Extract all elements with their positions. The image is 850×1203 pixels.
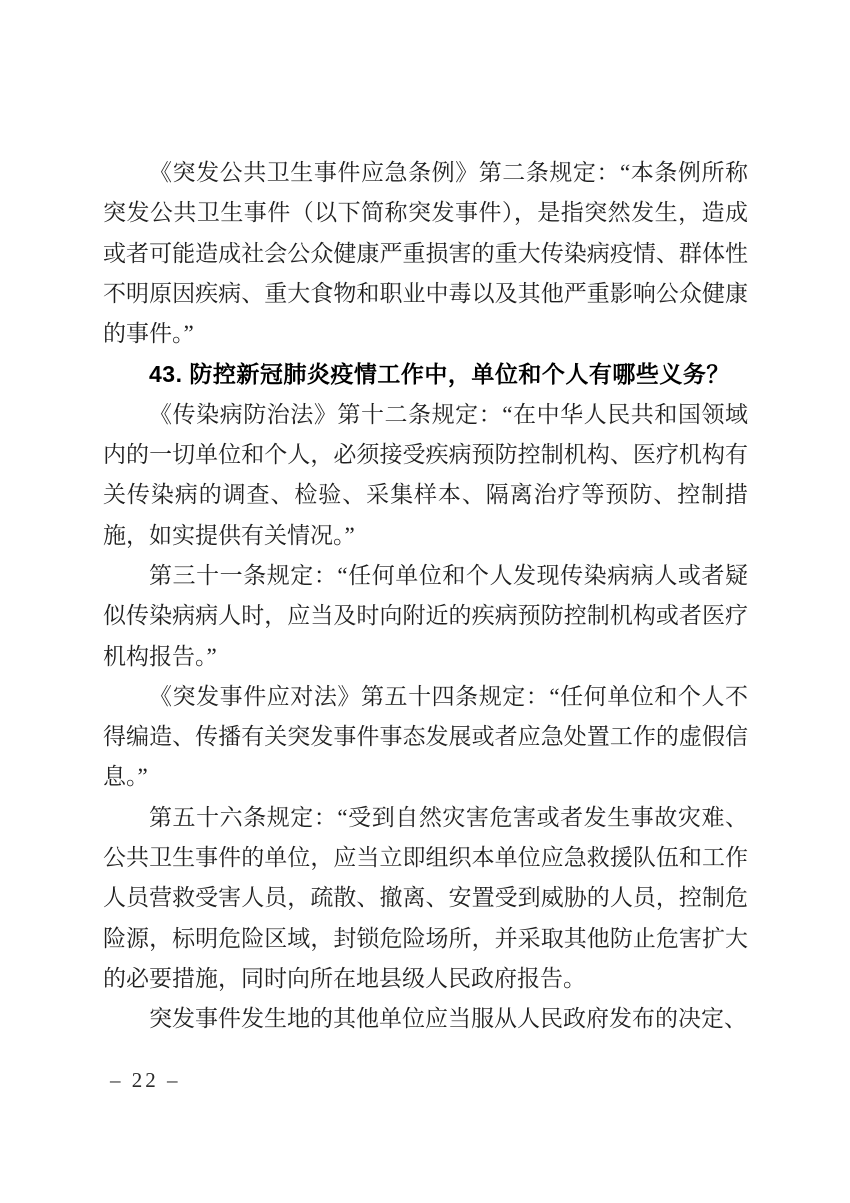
section-heading-question-43: 43. 防控新冠肺炎疫情工作中，单位和个人有哪些义务？ — [103, 354, 748, 394]
paragraph-emergency-regulation-article-2: 《突发公共卫生事件应急条例》第二条规定：“本条例所称突发公共卫生事件（以下简称突… — [103, 153, 748, 354]
page-number: – 22 – — [110, 1068, 181, 1093]
paragraph-infectious-disease-law-article-12: 《传染病防治法》第十二条规定：“在中华人民共和国领域内的一切单位和个人，必须接受… — [103, 395, 748, 556]
document-page: 《突发公共卫生事件应急条例》第二条规定：“本条例所称突发公共卫生事件（以下简称突… — [0, 0, 850, 1203]
paragraph-article-56: 第五十六条规定：“受到自然灾害危害或者发生事故灾难、公共卫生事件的单位，应当立即… — [103, 798, 748, 999]
paragraph-other-units-obligation: 突发事件发生地的其他单位应当服从人民政府发布的决定、 — [103, 999, 748, 1039]
paragraph-emergency-response-law-article-54: 《突发事件应对法》第五十四条规定：“任何单位和个人不得编造、传播有关突发事件事态… — [103, 677, 748, 798]
text-block: 《突发公共卫生事件应急条例》第二条规定：“本条例所称突发公共卫生事件（以下简称突… — [103, 153, 748, 1040]
paragraph-article-31: 第三十一条规定：“任何单位和个人发现传染病病人或者疑似传染病病人时，应当及时向附… — [103, 556, 748, 677]
